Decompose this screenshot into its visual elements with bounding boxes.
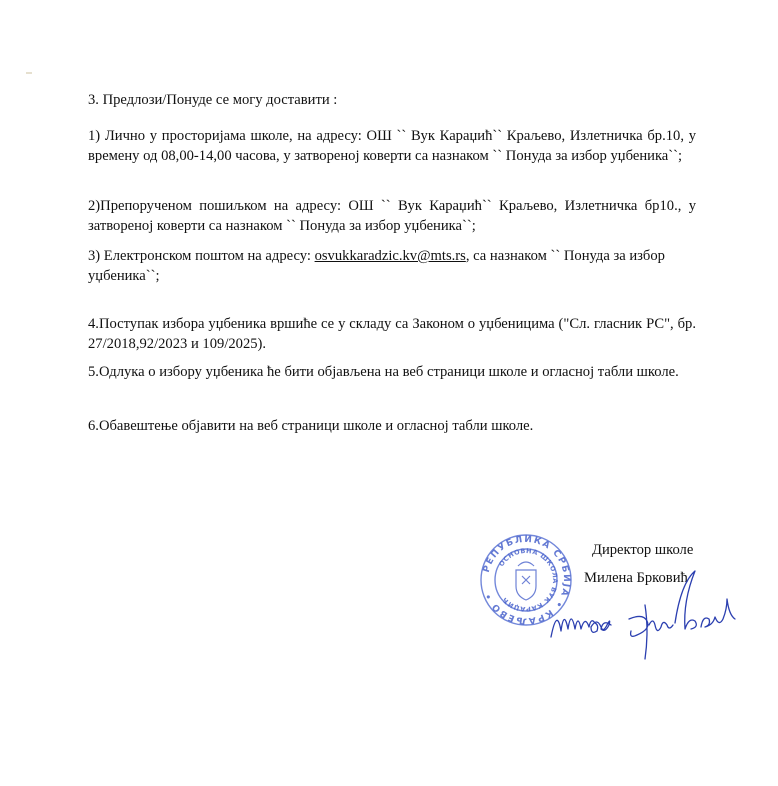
- document-page: 3. Предлози/Понуде се могу доставити : 1…: [0, 0, 778, 786]
- delivery-option-3: 3) Електронском поштом на адресу: osvukk…: [88, 246, 678, 286]
- option-3-prefix: 3) Електронском поштом на адресу:: [88, 248, 315, 264]
- delivery-option-2: 2)Препорученом пошиљком на адресу: ОШ ``…: [88, 196, 696, 236]
- item-5: 5.Одлука о избору уџбеника ће бити објав…: [88, 362, 696, 382]
- delivery-option-1: 1) Лично у просторијама школе, на адресу…: [88, 126, 696, 166]
- email-link[interactable]: osvukkaradzic.kv@mts.rs: [315, 248, 466, 264]
- scan-artifact: [26, 72, 32, 74]
- section-heading: 3. Предлози/Понуде се могу доставити :: [88, 90, 696, 110]
- item-6: 6.Обавештење објавити на веб страници шк…: [88, 416, 696, 436]
- handwritten-signature-icon: [545, 565, 745, 665]
- item-4: 4.Поступак избора уџбеника вршиће се у с…: [88, 314, 696, 354]
- signatory-title: Директор школе: [592, 542, 693, 559]
